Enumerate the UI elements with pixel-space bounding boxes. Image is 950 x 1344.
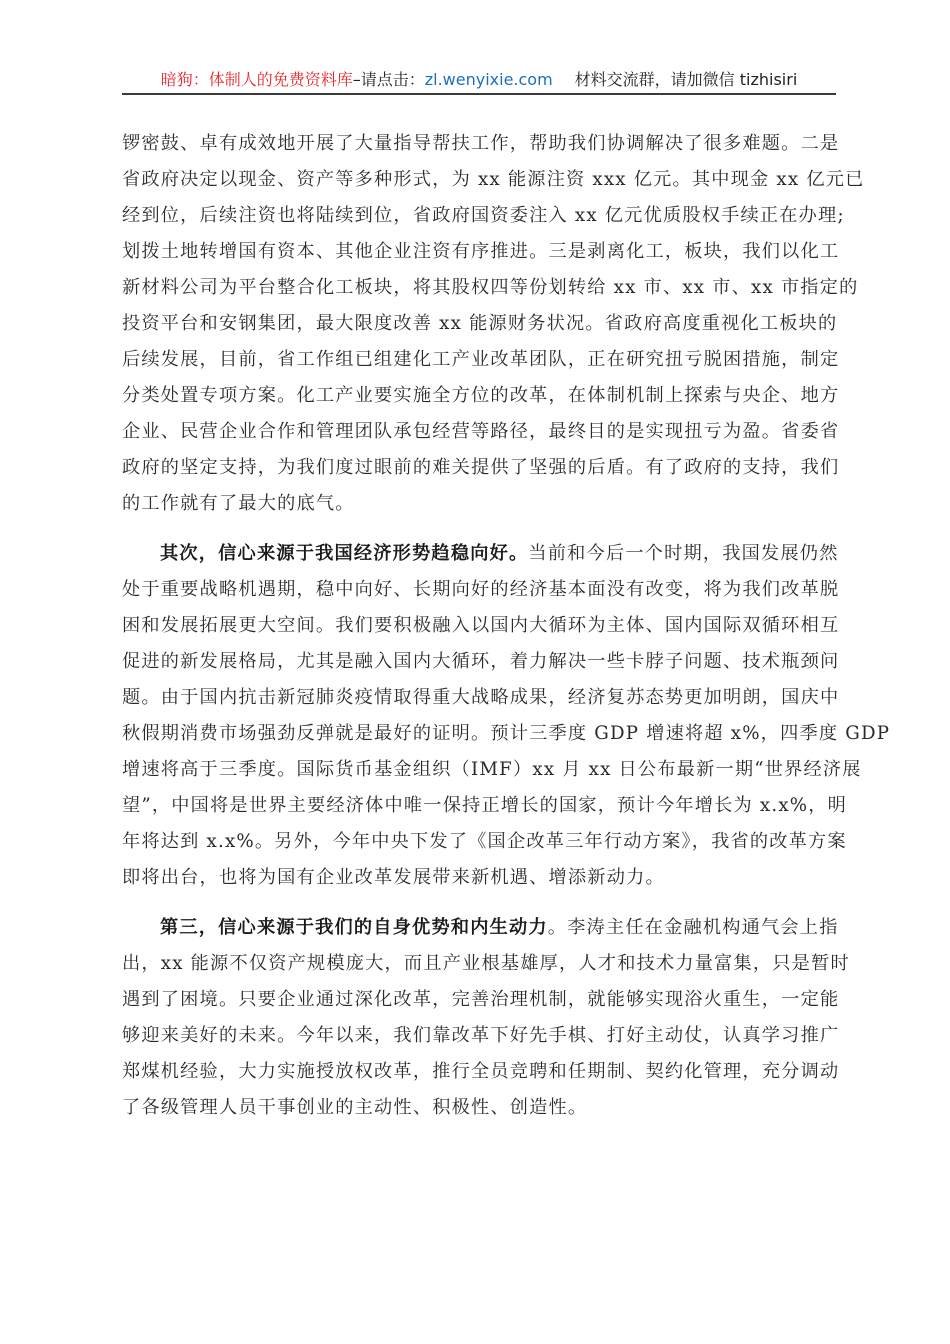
text-line: 题。由于国内抗击新冠肺炎疫情取得重大战略成果，经济复苏态势更加明朗，国庆中	[122, 680, 836, 716]
text-line: 投资平台和安钢集团，最大限度改善 xx 能源财务状况。省政府高度重视化工板块的	[122, 306, 836, 342]
paragraph-2: 其次，信心来源于我国经济形势趋稳向好。当前和今后一个时期，我国发展仍然 处于重要…	[122, 536, 836, 896]
text-line: 即将出台，也将为国有企业改革发展带来新机遇、增添新动力。	[122, 860, 836, 896]
page-header: 暗狗：体制人的免费资料库–请点击：zl.wenyixie.com材料交流群，请加…	[122, 68, 836, 92]
document-page: 暗狗：体制人的免费资料库–请点击：zl.wenyixie.com材料交流群，请加…	[0, 0, 950, 1344]
text-line-first: 第三，信心来源于我们的自身优势和内生动力。李涛主任在金融机构通气会上指	[122, 910, 836, 946]
text-line-first: 其次，信心来源于我国经济形势趋稳向好。当前和今后一个时期，我国发展仍然	[122, 536, 836, 572]
text-line: 分类处置专项方案。化工产业要实施全方位的改革，在体制机制上探索与央企、地方	[122, 378, 836, 414]
group-contact-text: 材料交流群，请加微信 tizhisiri	[575, 70, 798, 89]
text-line: 锣密鼓、卓有成效地开展了大量指导帮扶工作，帮助我们协调解决了很多难题。二是	[122, 126, 836, 162]
text-line: 够迎来美好的未来。今年以来，我们靠改革下好先手棋、打好主动仗，认真学习推广	[122, 1018, 836, 1054]
text-line: 年将达到 x.x%。另外，今年中央下发了《国企改革三年行动方案》，我省的改革方案	[122, 824, 836, 860]
text-line: 划拨土地转增国有资本、其他企业注资有序推进。三是剥离化工，板块，我们以化工	[122, 234, 836, 270]
text-line: 了各级管理人员干事创业的主动性、积极性、创造性。	[122, 1090, 836, 1126]
text-line: 困和发展拓展更大空间。我们要积极融入以国内大循环为主体、国内国际双循环相互	[122, 608, 836, 644]
text-line: 促进的新发展格局，尤其是融入国内大循环，着力解决一些卡脖子问题、技术瓶颈问	[122, 644, 836, 680]
text-line: 郑煤机经验，大力实施授放权改革，推行全员竞聘和任期制、契约化管理，充分调动	[122, 1054, 836, 1090]
header-divider	[122, 93, 836, 95]
paragraph-3: 第三，信心来源于我们的自身优势和内生动力。李涛主任在金融机构通气会上指 出，xx…	[122, 910, 836, 1126]
text-line: 企业、民营企业合作和管理团队承包经营等路径，最终目的是实现扭亏为盈。省委省	[122, 414, 836, 450]
paragraph-lead-heading: 第三，信心来源于我们的自身优势和内生动力	[160, 917, 548, 938]
paragraph-lead-heading: 其次，信心来源于我国经济形势趋稳向好。	[160, 543, 528, 564]
text-line: 省政府决定以现金、资产等多种形式，为 xx 能源注资 xxx 亿元。其中现金 x…	[122, 162, 836, 198]
text-line: 新材料公司为平台整合化工板块，将其股权四等份划转给 xx 市、xx 市、xx 市…	[122, 270, 836, 306]
text-line: 的工作就有了最大的底气。	[122, 486, 836, 522]
text-line: 处于重要战略机遇期，稳中向好、长期向好的经济基本面没有改变，将为我们改革脱	[122, 572, 836, 608]
brand-text: 暗狗：体制人的免费资料库	[161, 70, 353, 89]
paragraph-1: 锣密鼓、卓有成效地开展了大量指导帮扶工作，帮助我们协调解决了很多难题。二是 省政…	[122, 126, 836, 522]
click-prompt: –请点击：	[353, 70, 425, 89]
text-run: 当前和今后一个时期，我国发展仍然	[528, 543, 838, 564]
text-line: 增速将高于三季度。国际货币基金组织（IMF）xx 月 xx 日公布最新一期“世界…	[122, 752, 836, 788]
text-line: 后续发展，目前，省工作组已组建化工产业改革团队，正在研究扭亏脱困措施，制定	[122, 342, 836, 378]
text-line: 秋假期消费市场强劲反弹就是最好的证明。预计三季度 GDP 增速将超 x%，四季度…	[122, 716, 836, 752]
text-line: 出，xx 能源不仅资产规模庞大，而且产业根基雄厚，人才和技术力量富集，只是暂时	[122, 946, 836, 982]
text-line: 经到位，后续注资也将陆续到位，省政府国资委注入 xx 亿元优质股权手续正在办理;	[122, 198, 836, 234]
text-line: 遇到了困境。只要企业通过深化改革，完善治理机制，就能够实现浴火重生，一定能	[122, 982, 836, 1018]
document-body: 锣密鼓、卓有成效地开展了大量指导帮扶工作，帮助我们协调解决了很多难题。二是 省政…	[122, 126, 836, 1140]
text-line: 望”，中国将是世界主要经济体中唯一保持正增长的国家，预计今年增长为 x.x%，明	[122, 788, 836, 824]
text-line: 政府的坚定支持，为我们度过眼前的难关提供了坚强的后盾。有了政府的支持，我们	[122, 450, 836, 486]
site-link[interactable]: zl.wenyixie.com	[425, 70, 553, 89]
text-run: 。李涛主任在金融机构通气会上指	[548, 917, 839, 938]
